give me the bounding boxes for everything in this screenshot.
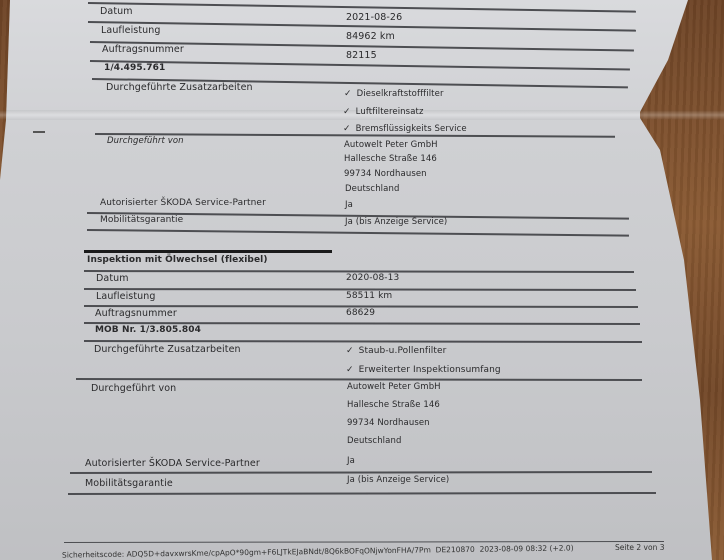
label-datum: Datum (96, 273, 129, 284)
divider (90, 60, 630, 70)
zusatzarbeit-item: ✓Erweiterter Inspektionsumfang (346, 365, 501, 375)
page-number: Seite 2 von 3 (615, 543, 665, 552)
workshop-city: 99734 Nordhausen (344, 169, 427, 179)
label-mob-nr: MOB Nr. 1/3.805.804 (95, 325, 201, 335)
value-datum: 2020-08-13 (346, 273, 399, 283)
zusatzarbeit-item: ✓Dieselkraftstofffilter (344, 89, 444, 99)
divider (84, 340, 642, 342)
label-zusatzarbeiten: Durchgeführte Zusatzarbeiten (94, 344, 241, 355)
value-service-partner: Ja (345, 200, 353, 210)
label-auftragsnummer: Auftragsnummer (102, 44, 184, 55)
label-durchgefuehrt-von: Durchgeführt von (91, 383, 176, 394)
zusatzarbeit-item: ✓Bremsflüssigkeits Service (343, 124, 467, 134)
divider (76, 378, 642, 380)
value-auftragsnummer: 82115 (346, 50, 377, 61)
label-service-partner: Autorisierter ŠKODA Service-Partner (85, 458, 260, 469)
workshop-country: Deutschland (345, 184, 399, 194)
margin-mark (33, 131, 45, 133)
value-service-partner: Ja (347, 456, 355, 466)
check-icon: ✓ (344, 89, 352, 99)
check-icon: ✓ (346, 346, 354, 356)
workshop-country: Deutschland (347, 436, 401, 446)
zusatzarbeit-item: ✓Luftfiltereinsatz (343, 107, 424, 117)
label-datum: Datum (100, 6, 133, 17)
value-mobilitaetsgarantie: Ja (bis Anzeige Service) (345, 217, 447, 227)
zusatzarbeit-item: ✓Staub-u.Pollenfilter (346, 346, 446, 356)
service-record-page: Datum 2021-08-26 Laufleistung 84962 km A… (0, 0, 724, 560)
divider (87, 229, 629, 236)
workshop-city: 99734 Nordhausen (347, 418, 430, 428)
label-laufleistung: Laufleistung (96, 291, 156, 302)
value-laufleistung: 58511 km (346, 291, 392, 301)
check-icon: ✓ (346, 365, 354, 375)
document-id: DE210870 (436, 545, 475, 555)
footer-divider (64, 541, 664, 543)
check-icon: ✓ (343, 107, 351, 117)
label-laufleistung: Laufleistung (101, 25, 161, 36)
workshop-name: Autowelt Peter GmbH (347, 382, 441, 392)
divider (88, 2, 636, 12)
label-service-partner: Autorisierter ŠKODA Service-Partner (100, 198, 266, 208)
label-auftragsnummer: Auftragsnummer (95, 308, 177, 319)
check-icon: ✓ (343, 124, 351, 134)
section-title: Inspektion mit Ölwechsel (flexibel) (87, 255, 268, 265)
security-code: Sicherheitscode: ADQ5D+davxwrsKme/cpApO*… (62, 543, 574, 559)
workshop-street: Hallesche Straße 146 (347, 400, 440, 410)
label-mobilitaetsgarantie: Mobilitätsgarantie (85, 478, 173, 489)
label-zusatzarbeiten: Durchgeführte Zusatzarbeiten (106, 82, 253, 93)
workshop-name: Autowelt Peter GmbH (344, 140, 438, 150)
label-mobilitaetsgarantie: Mobilitätsgarantie (100, 215, 183, 225)
section-rule (84, 250, 332, 253)
label-durchgefuehrt-von: Durchgeführt von (107, 136, 184, 146)
value-laufleistung: 84962 km (346, 31, 395, 42)
workshop-street: Hallesche Straße 146 (344, 154, 437, 164)
value-auftragsnummer: 68629 (346, 308, 375, 318)
value-mobilitaetsgarantie: Ja (bis Anzeige Service) (347, 475, 449, 485)
divider (68, 492, 656, 495)
value-datum: 2021-08-26 (346, 12, 402, 23)
divider (70, 471, 652, 474)
print-timestamp: 2023-08-09 08:32 (+2.0) (479, 543, 573, 553)
label-mob-nr: 1/4.495.761 (104, 63, 165, 73)
